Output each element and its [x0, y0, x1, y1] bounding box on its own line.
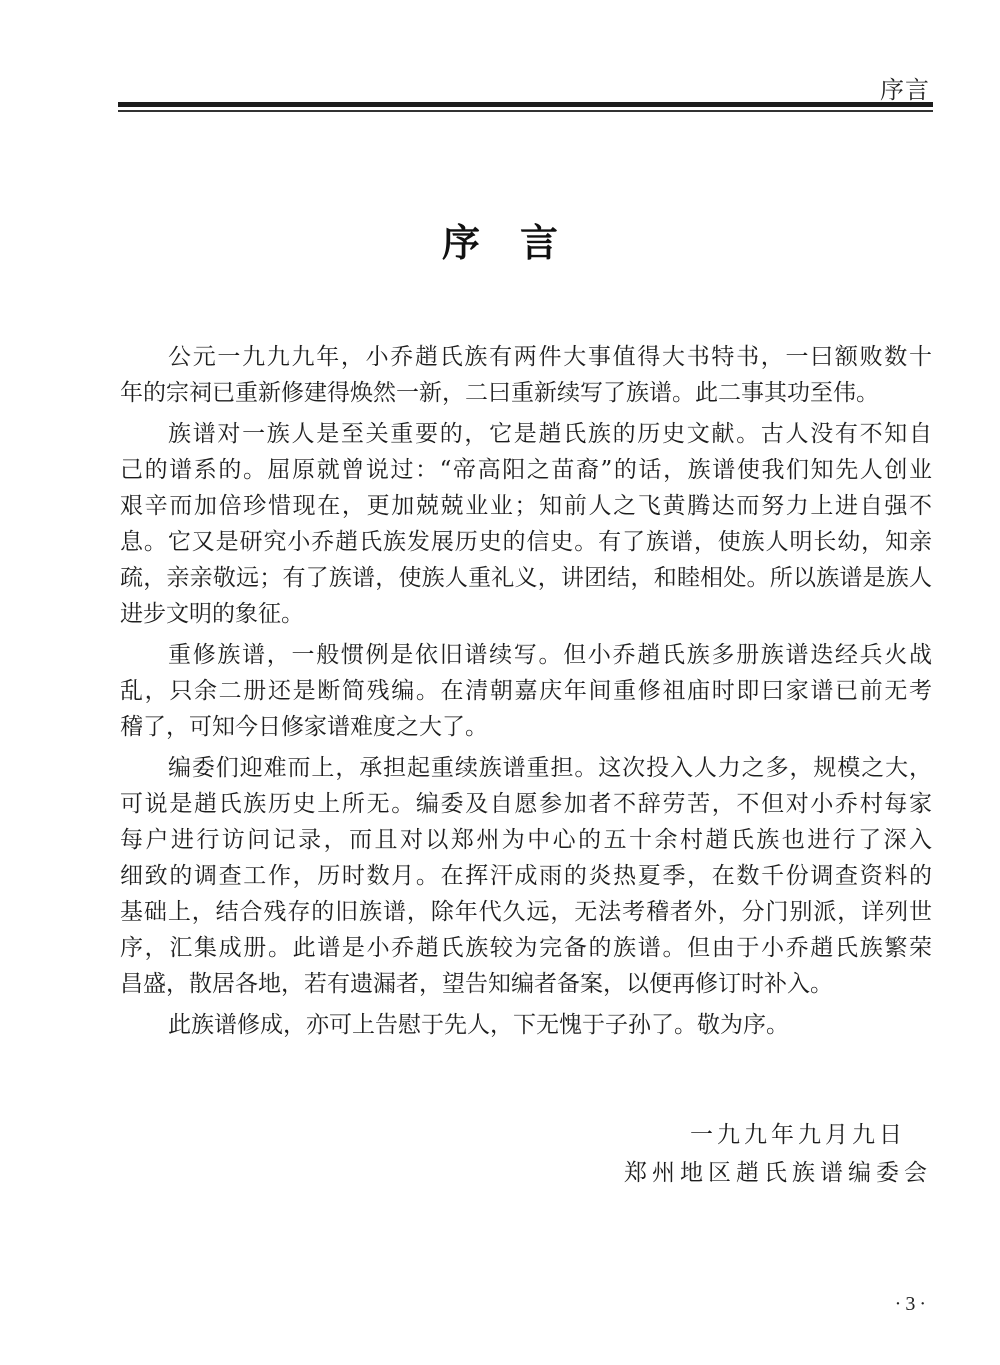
text-line: 可说是趙氏族历史上所无。编委及自愿参加者不辞劳苦，不但对小乔村每家 [120, 786, 932, 822]
preface-body: 公元一九九九年，小乔趙氏族有两件大事值得大书特书，一曰额败数十 年的宗祠已重新修… [120, 339, 932, 1043]
header-rule-thin [118, 110, 933, 112]
signature-date: 一九九年九月九日 [690, 1116, 906, 1149]
text-line: 重修族谱，一般惯例是依旧谱续写。但小乔趙氏族多册族谱迭经兵火战 [120, 637, 932, 673]
text-line: 基础上，结合残存的旧族谱，除年代久远，无法考稽者外，分门别派，详列世 [120, 894, 932, 930]
header-rule-thick [118, 102, 933, 107]
text-line: 息。它又是研究小乔趙氏族发展历史的信史。有了族谱，使族人明长幼，知亲 [120, 524, 932, 560]
text-line: 进步文明的象征。 [120, 596, 932, 632]
paragraph-1: 公元一九九九年，小乔趙氏族有两件大事值得大书特书，一曰额败数十 年的宗祠已重新修… [120, 339, 932, 411]
text-line: 己的谱系的。屈原就曾说过：“帝高阳之苗裔”的话，族谱使我们知先人创业 [120, 452, 932, 488]
running-header: 序言 [880, 70, 930, 105]
text-line: 细致的调查工作，历时数月。在挥汗成雨的炎热夏季，在数千份调查资料的 [120, 858, 932, 894]
text-line: 年的宗祠已重新修建得焕然一新，二曰重新续写了族谱。此二事其功至伟。 [120, 375, 932, 411]
text-line: 乱，只余二册还是断简残编。在清朝嘉庆年间重修祖庙时即曰家谱已前无考 [120, 673, 932, 709]
text-line: 编委们迎难而上，承担起重续族谱重担。这次投入人力之多，规模之大， [120, 750, 932, 786]
text-line: 稽了，可知今日修家谱难度之大了。 [120, 709, 932, 745]
text-line: 疏，亲亲敬远；有了族谱，使族人重礼义，讲团结，和睦相处。所以族谱是族人 [120, 560, 932, 596]
text-line: 公元一九九九年，小乔趙氏族有两件大事值得大书特书，一曰额败数十 [120, 339, 932, 375]
paragraph-4: 编委们迎难而上，承担起重续族谱重担。这次投入人力之多，规模之大， 可说是趙氏族历… [120, 750, 932, 1002]
text-line: 艰辛而加倍珍惜现在，更加兢兢业业；知前人之飞黄腾达而努力上进自强不 [120, 488, 932, 524]
page-title: 序言 [0, 212, 1000, 267]
paragraph-3: 重修族谱，一般惯例是依旧谱续写。但小乔趙氏族多册族谱迭经兵火战 乱，只余二册还是… [120, 637, 932, 745]
text-line: 昌盛，散居各地，若有遗漏者，望告知编者备案，以便再修订时补入。 [120, 966, 932, 1002]
text-line: 序，汇集成册。此谱是小乔趙氏族较为完备的族谱。但由于小乔趙氏族繁荣 [120, 930, 932, 966]
paragraph-5: 此族谱修成，亦可上告慰于先人，下无愧于子孙了。敬为序。 [120, 1007, 932, 1043]
page-number: ·3· [895, 1293, 930, 1316]
text-line: 族谱对一族人是至关重要的，它是趙氏族的历史文献。古人没有不知自 [120, 416, 932, 452]
text-line: 每户进行访问记录，而且对以郑州为中心的五十余村趙氏族也进行了深入 [120, 822, 932, 858]
signature-organization: 郑州地区趙氏族谱编委会 [624, 1154, 932, 1187]
paragraph-2: 族谱对一族人是至关重要的，它是趙氏族的历史文献。古人没有不知自 己的谱系的。屈原… [120, 416, 932, 632]
text-line: 此族谱修成，亦可上告慰于先人，下无愧于子孙了。敬为序。 [120, 1007, 932, 1043]
